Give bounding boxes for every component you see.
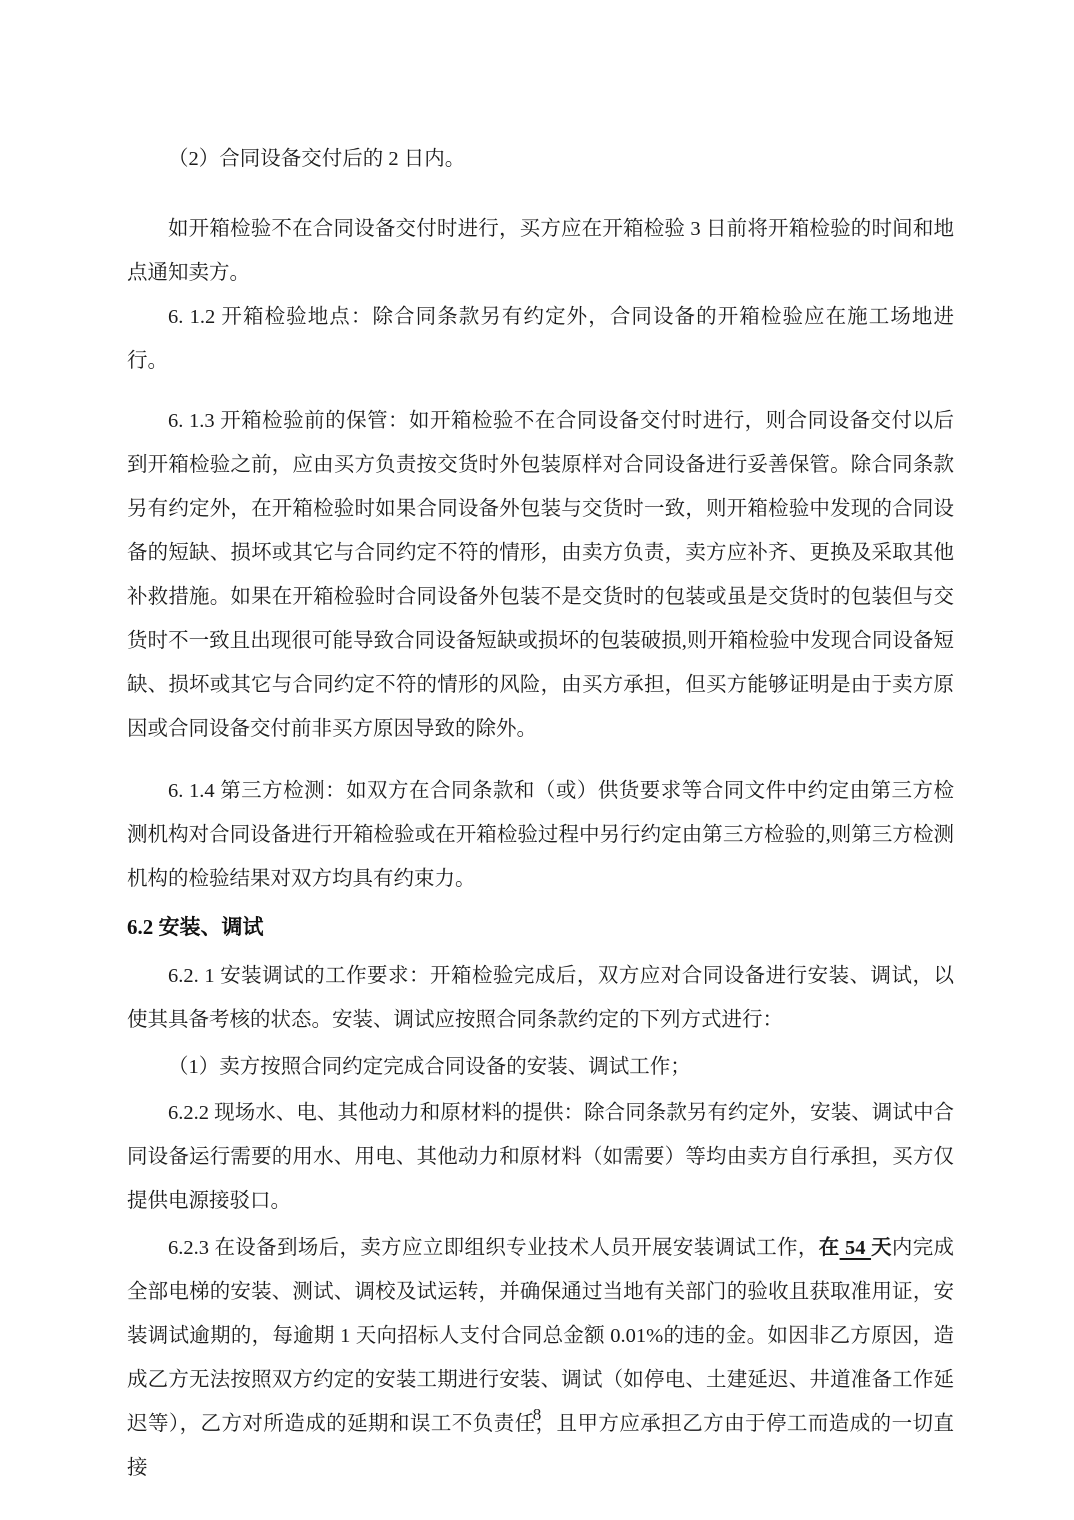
- page-number: 8: [0, 1402, 1074, 1428]
- paragraph-item-1-seller-installs: （1）卖方按照合同约定完成合同设备的安装、调试工作；: [127, 1045, 954, 1089]
- document-body: （2）合同设备交付后的 2 日内。 如开箱检验不在合同设备交付时进行，买方应在开…: [127, 137, 954, 1490]
- install-deadline-emphasis: 在 54 天: [819, 1237, 892, 1259]
- paragraph-unboxing-notice: 如开箱检验不在合同设备交付时进行，买方应在开箱检验 3 日前将开箱检验的时间和地…: [127, 207, 954, 295]
- paragraph-clause-6-2-3-schedule: 6.2.3 在设备到场后，卖方应立即组织专业技术人员开展安装调试工作，在 54 …: [127, 1226, 954, 1490]
- clause-6-2-3-text-after: 内完成全部电梯的安装、测试、调校及试运转，并确保通过当地有关部门的验收且获取准用…: [127, 1237, 954, 1479]
- paragraph-clause-6-1-3-storage: 6. 1.3 开箱检验前的保管：如开箱检验不在合同设备交付时进行，则合同设备交付…: [127, 399, 954, 751]
- paragraph-clause-6-2-1-requirements: 6.2. 1 安装调试的工作要求：开箱检验完成后，双方应对合同设备进行安装、调试…: [127, 954, 954, 1042]
- clause-6-2-3-text-before: 6.2.3 在设备到场后，卖方应立即组织专业技术人员开展安装调试工作，: [168, 1237, 819, 1259]
- paragraph-clause-6-2-2-utilities: 6.2.2 现场水、电、其他动力和原材料的提供：除合同条款另有约定外，安装、调试…: [127, 1091, 954, 1223]
- deadline-prefix-char: 在: [819, 1237, 840, 1259]
- install-days-value: 54: [840, 1237, 871, 1259]
- document-page: （2）合同设备交付后的 2 日内。 如开箱检验不在合同设备交付时进行，买方应在开…: [0, 0, 1074, 1520]
- paragraph-clause-6-1-4-third-party: 6. 1.4 第三方检测：如双方在合同条款和（或）供货要求等合同文件中约定由第三…: [127, 769, 954, 901]
- section-heading-6-2-installation: 6.2 安装、调试: [127, 905, 954, 949]
- paragraph-delivery-window-item-2: （2）合同设备交付后的 2 日内。: [127, 137, 954, 181]
- deadline-suffix-char: 天: [871, 1237, 892, 1259]
- paragraph-clause-6-1-2-location: 6. 1.2 开箱检验地点：除合同条款另有约定外，合同设备的开箱检验应在施工场地…: [127, 295, 954, 383]
